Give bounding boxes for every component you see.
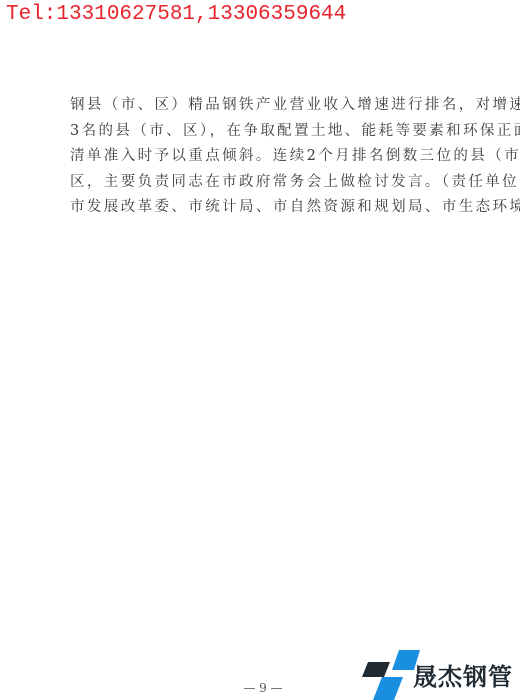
contact-telephone-watermark: Tel:13310627581,13306359644	[6, 2, 346, 28]
document-paragraph: 钢县（市、区）精品钢铁产业营业收入增速进行排名，对增速前 3名的县（市、区），在…	[70, 93, 460, 221]
page-number: — 9 —	[236, 681, 290, 695]
paragraph-line: 区，主要负责同志在市政府常务会上做检讨发言。（责任单位：	[70, 170, 460, 196]
steel-pipe-logo-icon	[360, 646, 420, 700]
paragraph-line: 清单准入时予以重点倾斜。连续2个月排名倒数三位的县（市）	[70, 144, 460, 170]
logo-wordmark: 晟杰钢管	[413, 663, 513, 691]
paragraph-line: 市发展改革委、市统计局、市自然资源和规划局、市生态环境局）	[70, 195, 460, 221]
company-logo: 晟杰钢管	[360, 646, 520, 700]
paragraph-line: 钢县（市、区）精品钢铁产业营业收入增速进行排名，对增速前	[70, 93, 460, 119]
paragraph-line: 3名的县（市、区），在争取配置土地、能耗等要素和环保正面	[70, 119, 460, 145]
